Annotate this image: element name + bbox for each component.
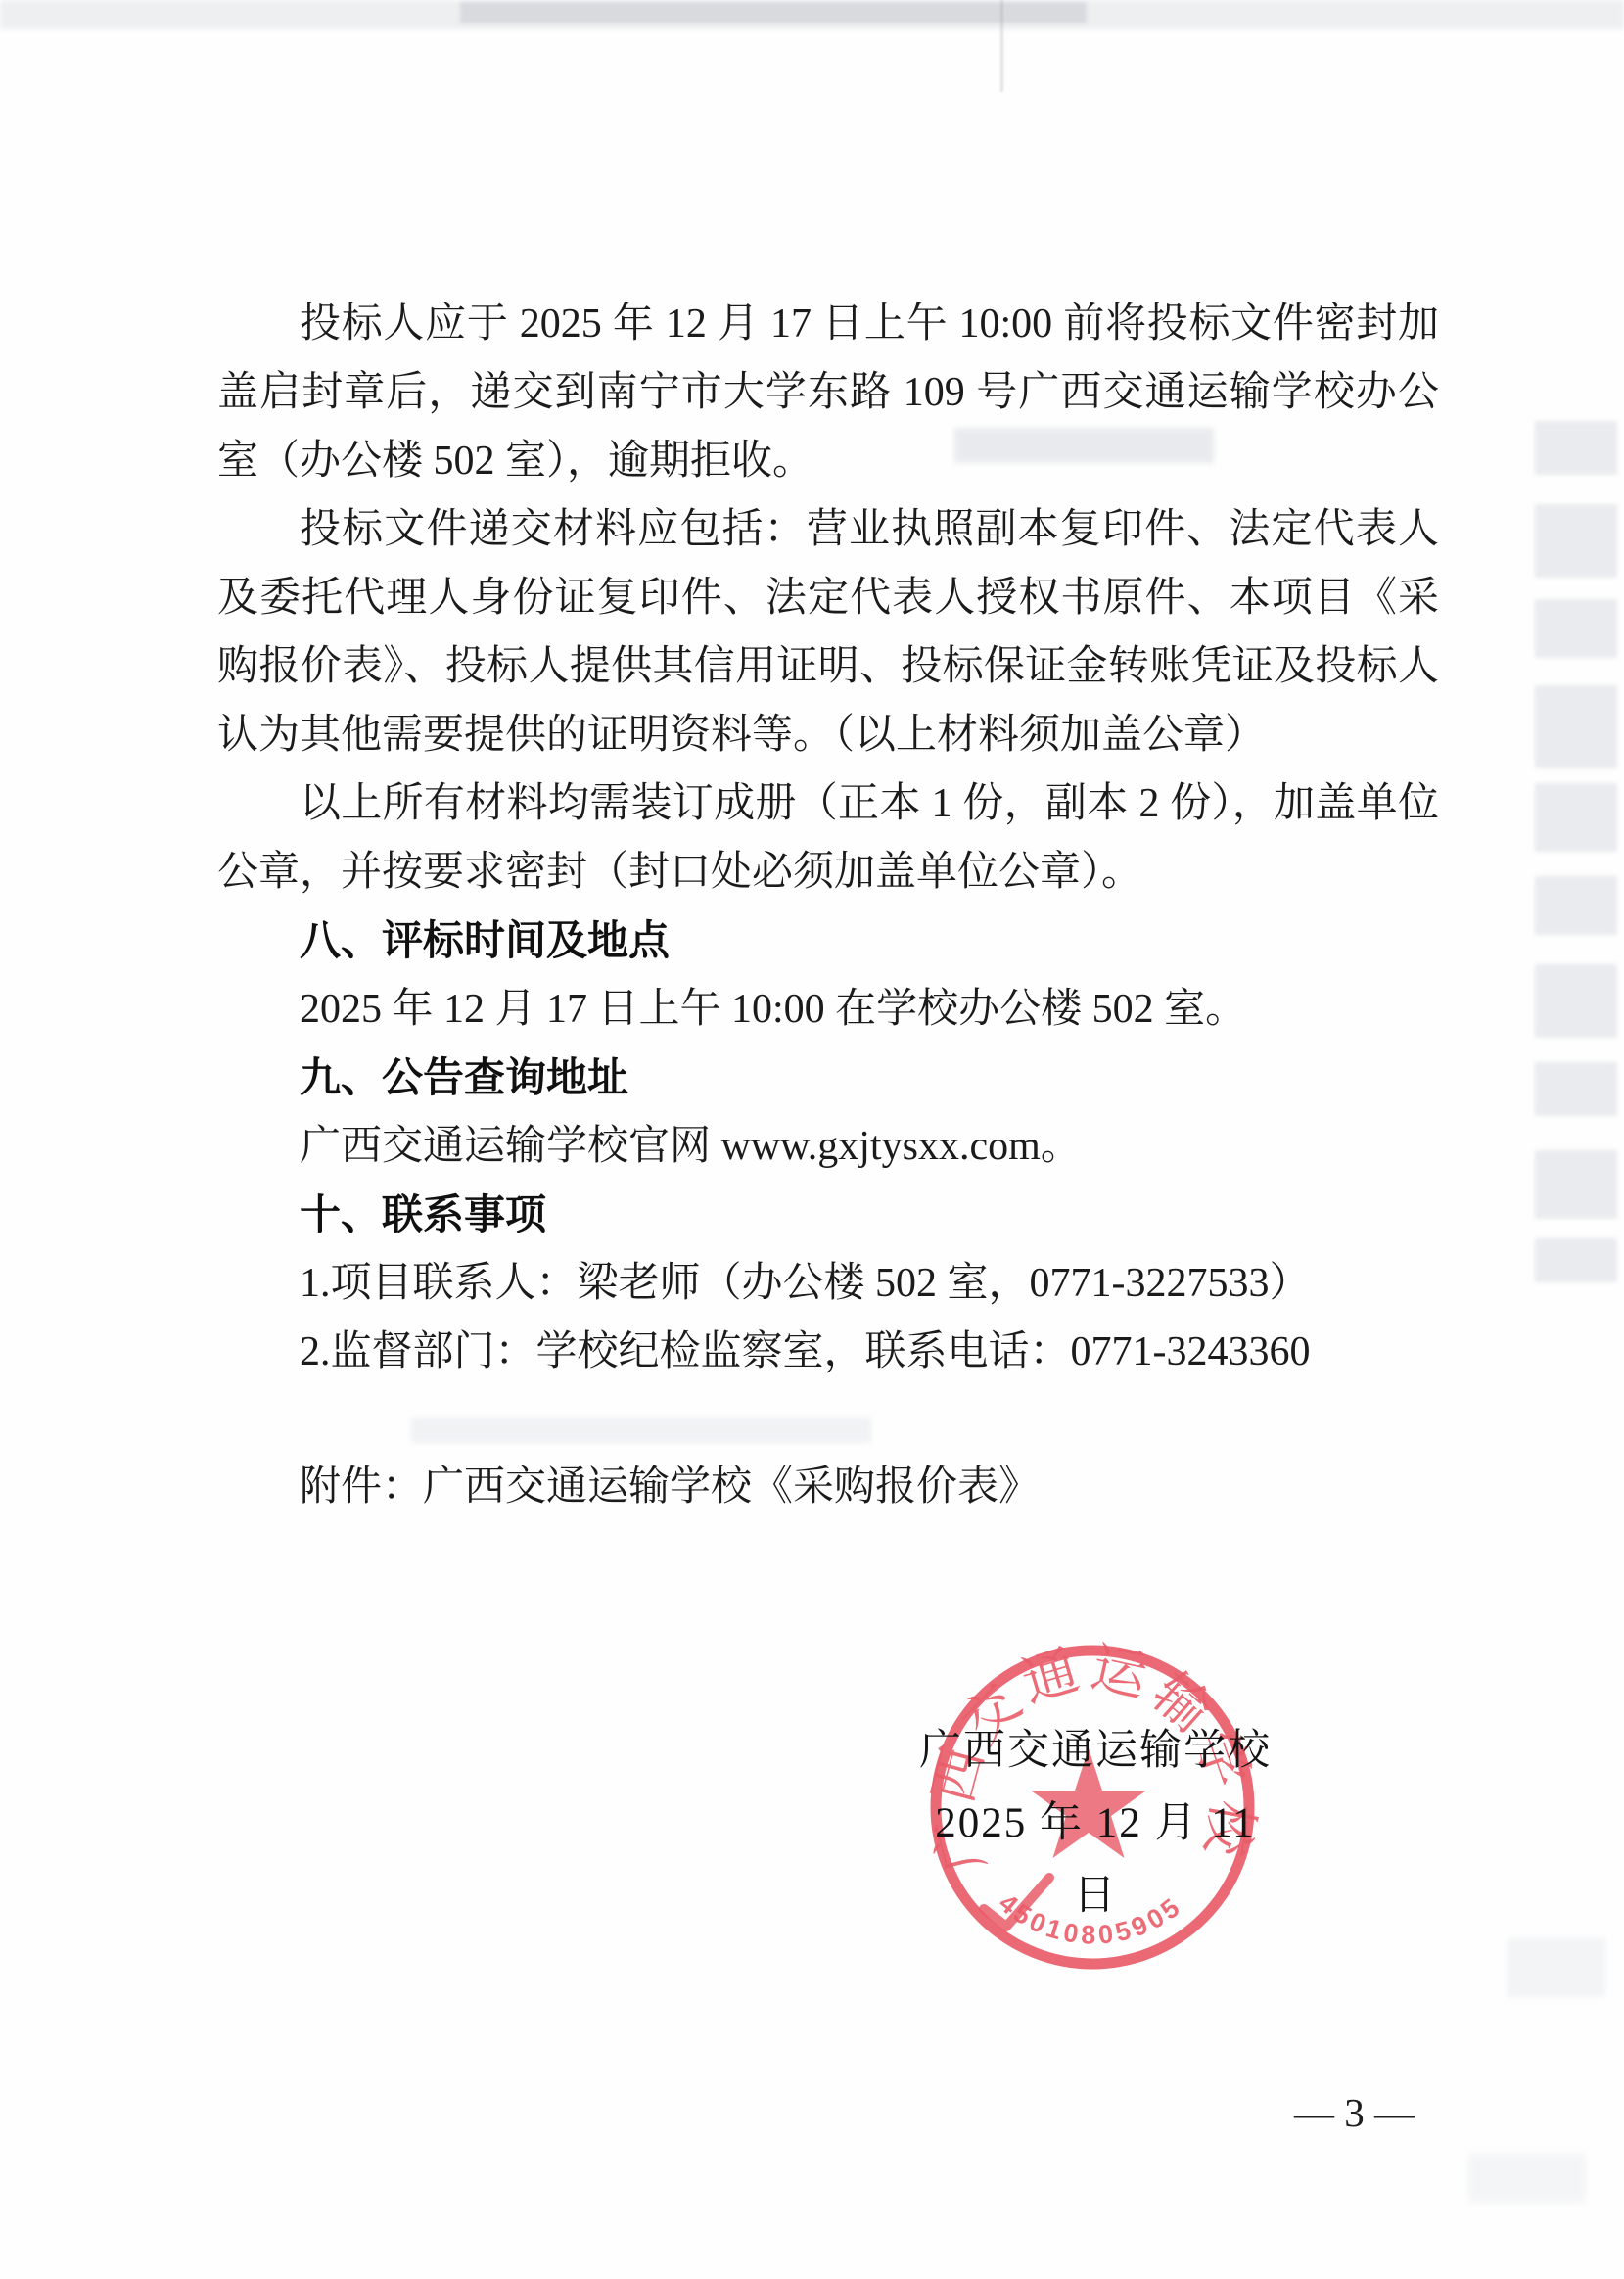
section-heading-10-contact: 十、联系事项 (217, 1181, 1439, 1249)
scan-artifact (1535, 964, 1617, 1038)
scan-artifact (1535, 599, 1617, 658)
paragraph-project-contact: 1.项目联系人：梁老师（办公楼 502 室，0771-3227533） (217, 1249, 1439, 1318)
scan-artifact (460, 2, 1087, 23)
scan-artifact (1535, 876, 1617, 935)
attachment-line: 附件：广西交通运输学校《采购报价表》 (217, 1453, 1439, 1521)
scan-artifact (0, 0, 1624, 29)
scan-artifact (1468, 2154, 1586, 2203)
paragraph-supervision-contact: 2.监督部门：学校纪检监察室，联系电话：0771-3243360 (217, 1318, 1439, 1386)
paragraph-evaluation-time: 2025 年 12 月 17 日上午 10:00 在学校办公楼 502 室。 (217, 975, 1439, 1044)
scan-artifact (1535, 421, 1617, 475)
scan-artifact (1000, 0, 1003, 92)
signature-block: 广西交通运输学校 2025 年 12 月 11 日 (908, 1715, 1282, 1932)
scan-artifact (1535, 1238, 1617, 1282)
section-heading-9-announcement: 九、公告查询地址 (217, 1044, 1439, 1112)
scan-artifact (1535, 1150, 1617, 1219)
scan-artifact (1535, 1062, 1617, 1116)
scan-artifact (1508, 1938, 1605, 1997)
scan-artifact (1535, 783, 1617, 852)
page-number: — 3 — (1294, 2089, 1415, 2136)
scan-artifact (1535, 685, 1617, 768)
scan-artifact (1535, 504, 1617, 578)
signature-date: 2025 年 12 月 11 日 (908, 1788, 1282, 1932)
paragraph-submission-deadline: 投标人应于 2025 年 12 月 17 日上午 10:00 前将投标文件密封加… (217, 290, 1439, 495)
document-body: 投标人应于 2025 年 12 月 17 日上午 10:00 前将投标文件密封加… (217, 290, 1439, 1521)
signature-org: 广西交通运输学校 (908, 1715, 1282, 1788)
section-heading-8-evaluation: 八、评标时间及地点 (217, 907, 1439, 975)
paragraph-required-materials: 投标文件递交材料应包括：营业执照副本复印件、法定代表人及委托代理人身份证复印件、… (217, 495, 1439, 769)
paragraph-binding-requirements: 以上所有材料均需装订成册（正本 1 份，副本 2 份），加盖单位公章，并按要求密… (217, 769, 1439, 907)
paragraph-official-website: 广西交通运输学校官网 www.gxjtysxx.com。 (217, 1112, 1439, 1181)
scanned-document-page: 投标人应于 2025 年 12 月 17 日上午 10:00 前将投标文件密封加… (0, 0, 1624, 2279)
